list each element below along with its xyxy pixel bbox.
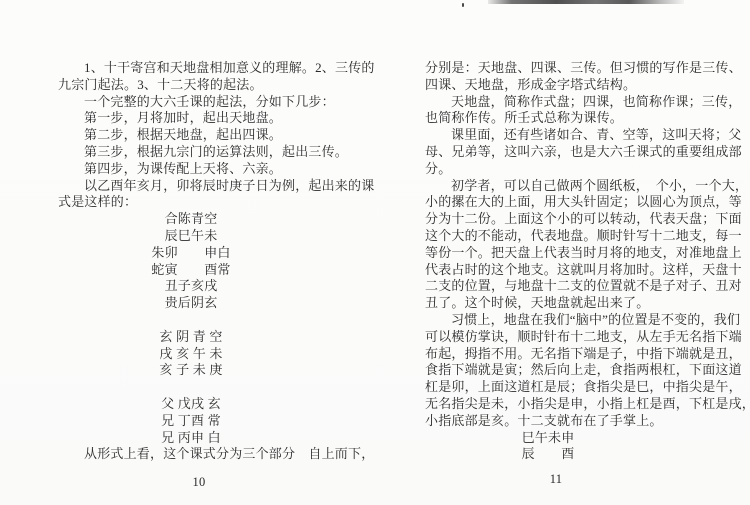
page-number: 10 [58, 474, 360, 491]
text-line: 二支的位置，与地盘十二支的位置就不是子对子、丑对 [425, 278, 727, 295]
text-line: 杠是卯，上面这道杠是辰；食指尖是巳，中指尖是午， [425, 379, 727, 396]
text-line: 这个大的不能动，代表地盘。顺时针写十二地支，每一 [425, 228, 727, 245]
text-line: 四课、天地盘，形成金字塔式结构。 [425, 77, 727, 94]
text-line: 式是这样的： [58, 194, 360, 211]
text-line: 九宗门起法。3、十二天将的起法。 [58, 77, 360, 94]
page-left-text: 1、十干寄宫和天地盘相加意义的理解。2、三传的九宗门起法。3、十二天将的起法。一… [58, 60, 360, 463]
text-line: 辰 酉 [425, 446, 727, 463]
text-line: 第二步，根据天地盘，起出四课。 [58, 127, 360, 144]
book-page-left: 1、十干寄宫和天地盘相加意义的理解。2、三传的九宗门起法。3、十二天将的起法。一… [58, 60, 360, 491]
book-page-right: 分别是：天地盘、四课、三传。但习惯的写作是三传、四课、天地盘，形成金字塔式结构。… [425, 60, 727, 488]
text-line: 第四步，为课传配上天将、六亲。 [58, 161, 360, 178]
text-line: 辰巳午未 [58, 228, 360, 245]
text-line: 等份一个。把天盘上代表当时月将的地支，对准地盘上 [425, 245, 727, 262]
text-line: 也简称作传。所壬式总称为课传。 [425, 110, 727, 127]
text-line: 丑了。这个时候，天地盘就起出来了。 [425, 295, 727, 312]
text-line: 亥 子 未 庚 [58, 362, 360, 379]
text-line: 1、十干寄宫和天地盘相加意义的理解。2、三传的 [58, 60, 360, 77]
text-line: 贵后阴玄 [58, 295, 360, 312]
text-line: 第三步，根据九宗门的运算法则，起出三传。 [58, 144, 360, 161]
text-line: 蛇寅 酉常 [58, 262, 360, 279]
scan-smudge-artifact [488, 0, 684, 4]
text-line: 母、兄弟等，这叫六亲，也是大六壬课式的重要组成部 [425, 144, 727, 161]
text-line: 兄 丙申 白 [58, 430, 360, 447]
text-line [58, 379, 360, 396]
text-line: 一个完整的大六壬课的起法，分如下几步： [58, 94, 360, 111]
text-line: 习惯上，地盘在我们“脑中”的位置是不变的，我们 [425, 312, 727, 329]
text-line: 以乙酉年亥月，卯将辰时庚子日为例，起出来的课 [58, 178, 360, 195]
text-line: 从形式上看，这个课式分为三个部分 自上而下， [58, 446, 360, 463]
text-line: 戌 亥 午 未 [58, 346, 360, 363]
text-line: 可以模仿掌诀，顺时针布十二地支，从左手无名指下端 [425, 329, 727, 346]
text-line: 朱卯 申白 [58, 245, 360, 262]
text-line [58, 312, 360, 329]
text-line: 代表占时的这个地支。这就叫月将加时。这样，天盘十 [425, 262, 727, 279]
page-number: 11 [425, 471, 727, 488]
text-line: 小指底部是亥。十二支就布在了手掌上。 [425, 413, 727, 430]
text-line: 合陈青空 [58, 211, 360, 228]
ink-speck [462, 3, 464, 7]
text-line: 父 戊戌 玄 [58, 396, 360, 413]
text-line: 无名指尖是未，小指尖是申，小指上杠是酉，下杠是戌， [425, 396, 727, 413]
text-line: 初学者，可以自己做两个圆纸板， 个小，一个大， [425, 178, 727, 195]
text-line: 课里面，还有些诸如合、青、空等，这叫天将；父 [425, 127, 727, 144]
text-line: 食指下端就是寅；然后向上走，食指两根杠，下面这道 [425, 362, 727, 379]
text-line: 第一步，月将加时，起出天地盘。 [58, 110, 360, 127]
text-line: 分。 [425, 161, 727, 178]
text-line: 丑子亥戌 [58, 278, 360, 295]
page-right-text: 分别是：天地盘、四课、三传。但习惯的写作是三传、四课、天地盘，形成金字塔式结构。… [425, 60, 727, 463]
text-line: 玄 阴 青 空 [58, 329, 360, 346]
text-line: 兄 丁酉 常 [58, 413, 360, 430]
text-line: 布起，拇指不用。无名指下端是子，中指下端就是丑， [425, 346, 727, 363]
text-line: 巳午未申 [425, 430, 727, 447]
text-line: 天地盘，简称作式盘；四课，也简称作课；三传， [425, 94, 727, 111]
text-line: 分为十二份。上面这个小的可以转动，代表天盘；下面 [425, 211, 727, 228]
text-line: 小的摞在大的上面，用大头针固定；以圆心为顶点，等 [425, 194, 727, 211]
text-line: 分别是：天地盘、四课、三传。但习惯的写作是三传、 [425, 60, 727, 77]
